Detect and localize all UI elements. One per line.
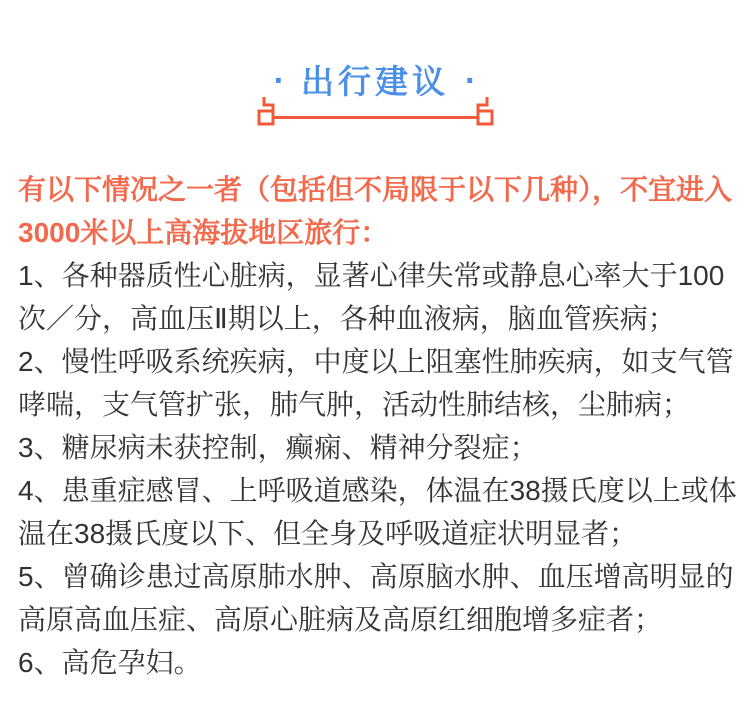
section-header: · 出行建议 · [0,0,750,128]
condition-item-4: 4、患重症感冒、上呼吸道感染，体温在38摄氏度以上或体 温在38摄氏度以下、但全… [18,469,732,555]
section-title: 出行建议 [301,65,449,98]
intro-line: 3000米以上高海拔地区旅行： [18,211,732,254]
condition-list: 1、各种器质性心脏病，显著心律失常或静息心率大于100 次／分，高血压Ⅱ期以上，… [18,254,732,684]
condition-line: 6、高危孕妇。 [18,641,732,684]
condition-line: 2、慢性呼吸系统疾病，中度以上阻塞性肺疾病，如支气管 [18,340,732,383]
decorative-fret-divider [254,94,497,128]
condition-item-6: 6、高危孕妇。 [18,641,732,684]
condition-line: 4、患重症感冒、上呼吸道感染，体温在38摄氏度以上或体 [18,469,732,512]
section-title-row: · 出行建议 · [274,64,477,98]
intro-warning-text: 有以下情况之一者（包括但不局限于以下几种），不宜进入 3000米以上高海拔地区旅… [18,168,732,254]
condition-line: 哮喘，支气管扩张，肺气肿，活动性肺结核，尘肺病； [18,383,732,426]
condition-line: 次／分，高血压Ⅱ期以上，各种血液病，脑血管疾病； [18,297,732,340]
condition-line: 高原高血压症、高原心脏病及高原红细胞增多症者； [18,598,732,641]
condition-item-2: 2、慢性呼吸系统疾病，中度以上阻塞性肺疾病，如支气管 哮喘，支气管扩张，肺气肿，… [18,340,732,426]
title-right-dot: · [465,64,476,98]
title-left-dot: · [274,64,285,98]
condition-line: 3、糖尿病未获控制，癫痫、精神分裂症； [18,426,732,469]
travel-advice-section: · 出行建议 · 有以下情况之一者（包括但不局限于以下几种），不宜进入 3000… [0,0,750,701]
condition-line: 温在38摄氏度以下、但全身及呼吸道症状明显者； [18,512,732,555]
intro-line: 有以下情况之一者（包括但不局限于以下几种），不宜进入 [18,168,732,211]
condition-line: 1、各种器质性心脏病，显著心律失常或静息心率大于100 [18,254,732,297]
condition-item-5: 5、曾确诊患过高原肺水肿、高原脑水肿、血压增高明显的 高原高血压症、高原心脏病及… [18,555,732,641]
condition-line: 5、曾确诊患过高原肺水肿、高原脑水肿、血压增高明显的 [18,555,732,598]
condition-item-3: 3、糖尿病未获控制，癫痫、精神分裂症； [18,426,732,469]
advice-content: 有以下情况之一者（包括但不局限于以下几种），不宜进入 3000米以上高海拔地区旅… [0,168,750,684]
condition-item-1: 1、各种器质性心脏病，显著心律失常或静息心率大于100 次／分，高血压Ⅱ期以上，… [18,254,732,340]
